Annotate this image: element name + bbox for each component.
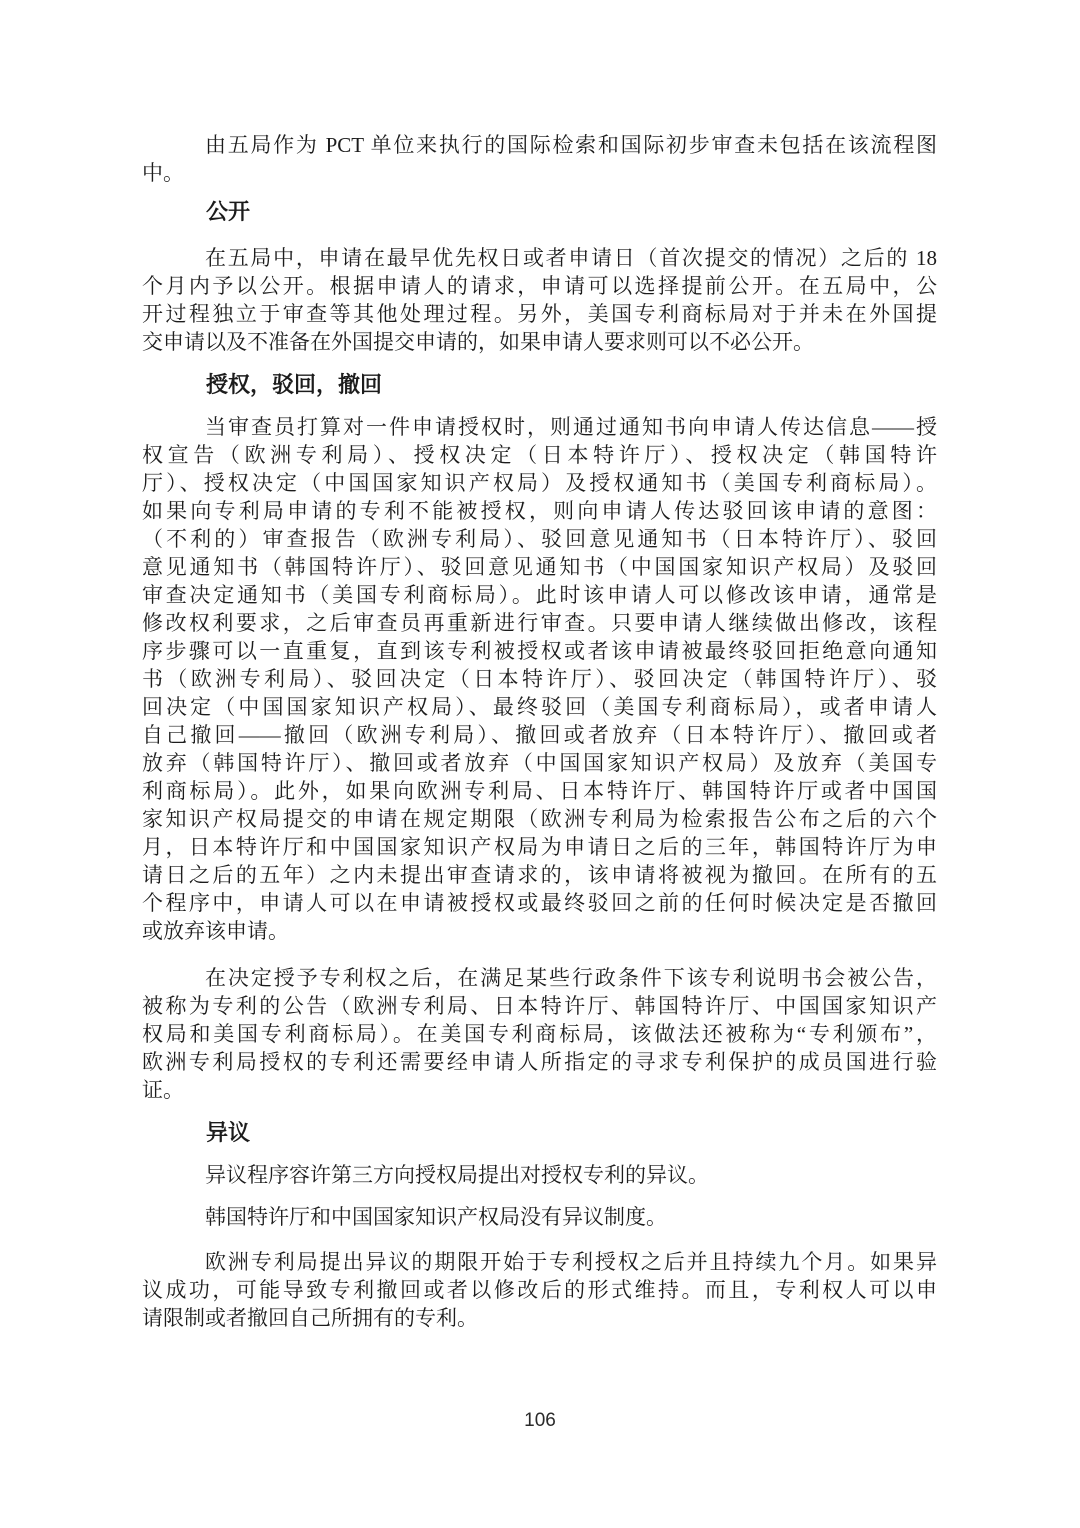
text-line: 异议程序容许第三方向授权局提出对授权专利的异议。 — [142, 1161, 937, 1189]
text-line: 个月内予以公开。根据申请人的请求，申请可以选择提前公开。在五局中，公 — [142, 272, 937, 300]
text-line: 中。 — [142, 159, 937, 187]
document-page: 由五局作为 PCT 单位来执行的国际检索和国际初步审查未包括在该流程图 中。 公… — [0, 0, 1080, 1528]
text-line: 开过程独立于审查等其他处理过程。另外，美国专利商标局对于并未在外国提 — [142, 300, 937, 328]
text-line: 权宣告（欧洲专利局）、授权决定（日本特许厅）、授权决定（韩国特许 — [142, 441, 937, 469]
text-line: 交申请以及不准备在外国提交申请的，如果申请人要求则可以不必公开。 — [142, 328, 937, 356]
text-line: 书（欧洲专利局）、驳回决定（日本特许厅）、驳回决定（韩国特许厅）、驳 — [142, 665, 937, 693]
text-line: 利商标局）。此外，如果向欧洲专利局、日本特许厅、韩国特许厅或者中国国 — [142, 777, 937, 805]
paragraph: 在五局中，申请在最早优先权日或者申请日（首次提交的情况）之后的 18 个月内予以… — [142, 244, 937, 356]
paragraph: 当审查员打算对一件申请授权时，则通过通知书向申请人传达信息——授 权宣告（欧洲专… — [142, 413, 937, 945]
text-line: 在决定授予专利权之后，在满足某些行政条件下该专利说明书会被公告， — [142, 964, 937, 992]
text-line: 家知识产权局提交的申请在规定期限（欧洲专利局为检索报告公布之后的六个 — [142, 805, 937, 833]
paragraph: 异议程序容许第三方向授权局提出对授权专利的异议。 — [142, 1161, 937, 1189]
text-line: 在五局中，申请在最早优先权日或者申请日（首次提交的情况）之后的 18 — [142, 244, 937, 272]
paragraph: 由五局作为 PCT 单位来执行的国际检索和国际初步审查未包括在该流程图 中。 — [142, 131, 937, 187]
text-line: 权局和美国专利商标局）。在美国专利商标局，该做法还被称为“专利颁布”， — [142, 1020, 937, 1048]
text-line: 回决定（中国国家知识产权局）、最终驳回（美国专利商标局），或者申请人 — [142, 693, 937, 721]
text-line: 月，日本特许厅和中国国家知识产权局为申请日之后的三年，韩国特许厅为申 — [142, 833, 937, 861]
text-line: 当审查员打算对一件申请授权时，则通过通知书向申请人传达信息——授 — [142, 413, 937, 441]
text-line: 欧洲专利局提出异议的期限开始于专利授权之后并且持续九个月。如果异 — [142, 1248, 937, 1276]
section-heading: 授权，驳回，撤回 — [142, 371, 937, 399]
text-line: 被称为专利的公告（欧洲专利局、日本特许厅、韩国特许厅、中国国家知识产 — [142, 992, 937, 1020]
text-line: 如果向专利局申请的专利不能被授权，则向申请人传达驳回该申请的意图： — [142, 497, 937, 525]
paragraph: 欧洲专利局提出异议的期限开始于专利授权之后并且持续九个月。如果异 议成功，可能导… — [142, 1248, 937, 1332]
document-body: 由五局作为 PCT 单位来执行的国际检索和国际初步审查未包括在该流程图 中。 公… — [142, 131, 937, 1332]
text-line: 议成功，可能导致专利撤回或者以修改后的形式维持。而且，专利权人可以申 — [142, 1276, 937, 1304]
text-line: 自己撤回——撤回（欧洲专利局）、撤回或者放弃（日本特许厅）、撤回或者 — [142, 721, 937, 749]
text-line: 韩国特许厅和中国国家知识产权局没有异议制度。 — [142, 1203, 937, 1231]
text-line: 或放弃该申请。 — [142, 917, 937, 945]
text-line: 审查决定通知书（美国专利商标局）。此时该申请人可以修改该申请，通常是 — [142, 581, 937, 609]
text-line: 放弃（韩国特许厅）、撤回或者放弃（中国国家知识产权局）及放弃（美国专 — [142, 749, 937, 777]
section-heading: 异议 — [142, 1119, 937, 1147]
section-heading: 公开 — [142, 198, 937, 226]
page-number: 106 — [0, 1410, 1080, 1432]
text-line: 个程序中，申请人可以在申请被授权或最终驳回之前的任何时候决定是否撤回 — [142, 889, 937, 917]
paragraph: 在决定授予专利权之后，在满足某些行政条件下该专利说明书会被公告， 被称为专利的公… — [142, 964, 937, 1104]
text-line: （不利的）审查报告（欧洲专利局）、驳回意见通知书（日本特许厅）、驳回 — [142, 525, 937, 553]
text-line: 由五局作为 PCT 单位来执行的国际检索和国际初步审查未包括在该流程图 — [142, 131, 937, 159]
text-line: 序步骤可以一直重复，直到该专利被授权或者该申请被最终驳回拒绝意向通知 — [142, 637, 937, 665]
text-line: 厅）、授权决定（中国国家知识产权局）及授权通知书（美国专利商标局）。 — [142, 469, 937, 497]
text-line: 意见通知书（韩国特许厅）、驳回意见通知书（中国国家知识产权局）及驳回 — [142, 553, 937, 581]
text-line: 证。 — [142, 1076, 937, 1104]
text-line: 修改权利要求，之后审查员再重新进行审查。只要申请人继续做出修改，该程 — [142, 609, 937, 637]
text-line: 请日之后的五年）之内未提出审查请求的，该申请将被视为撤回。在所有的五 — [142, 861, 937, 889]
text-line: 请限制或者撤回自己所拥有的专利。 — [142, 1304, 937, 1332]
paragraph: 韩国特许厅和中国国家知识产权局没有异议制度。 — [142, 1203, 937, 1231]
text-line: 欧洲专利局授权的专利还需要经申请人所指定的寻求专利保护的成员国进行验 — [142, 1048, 937, 1076]
